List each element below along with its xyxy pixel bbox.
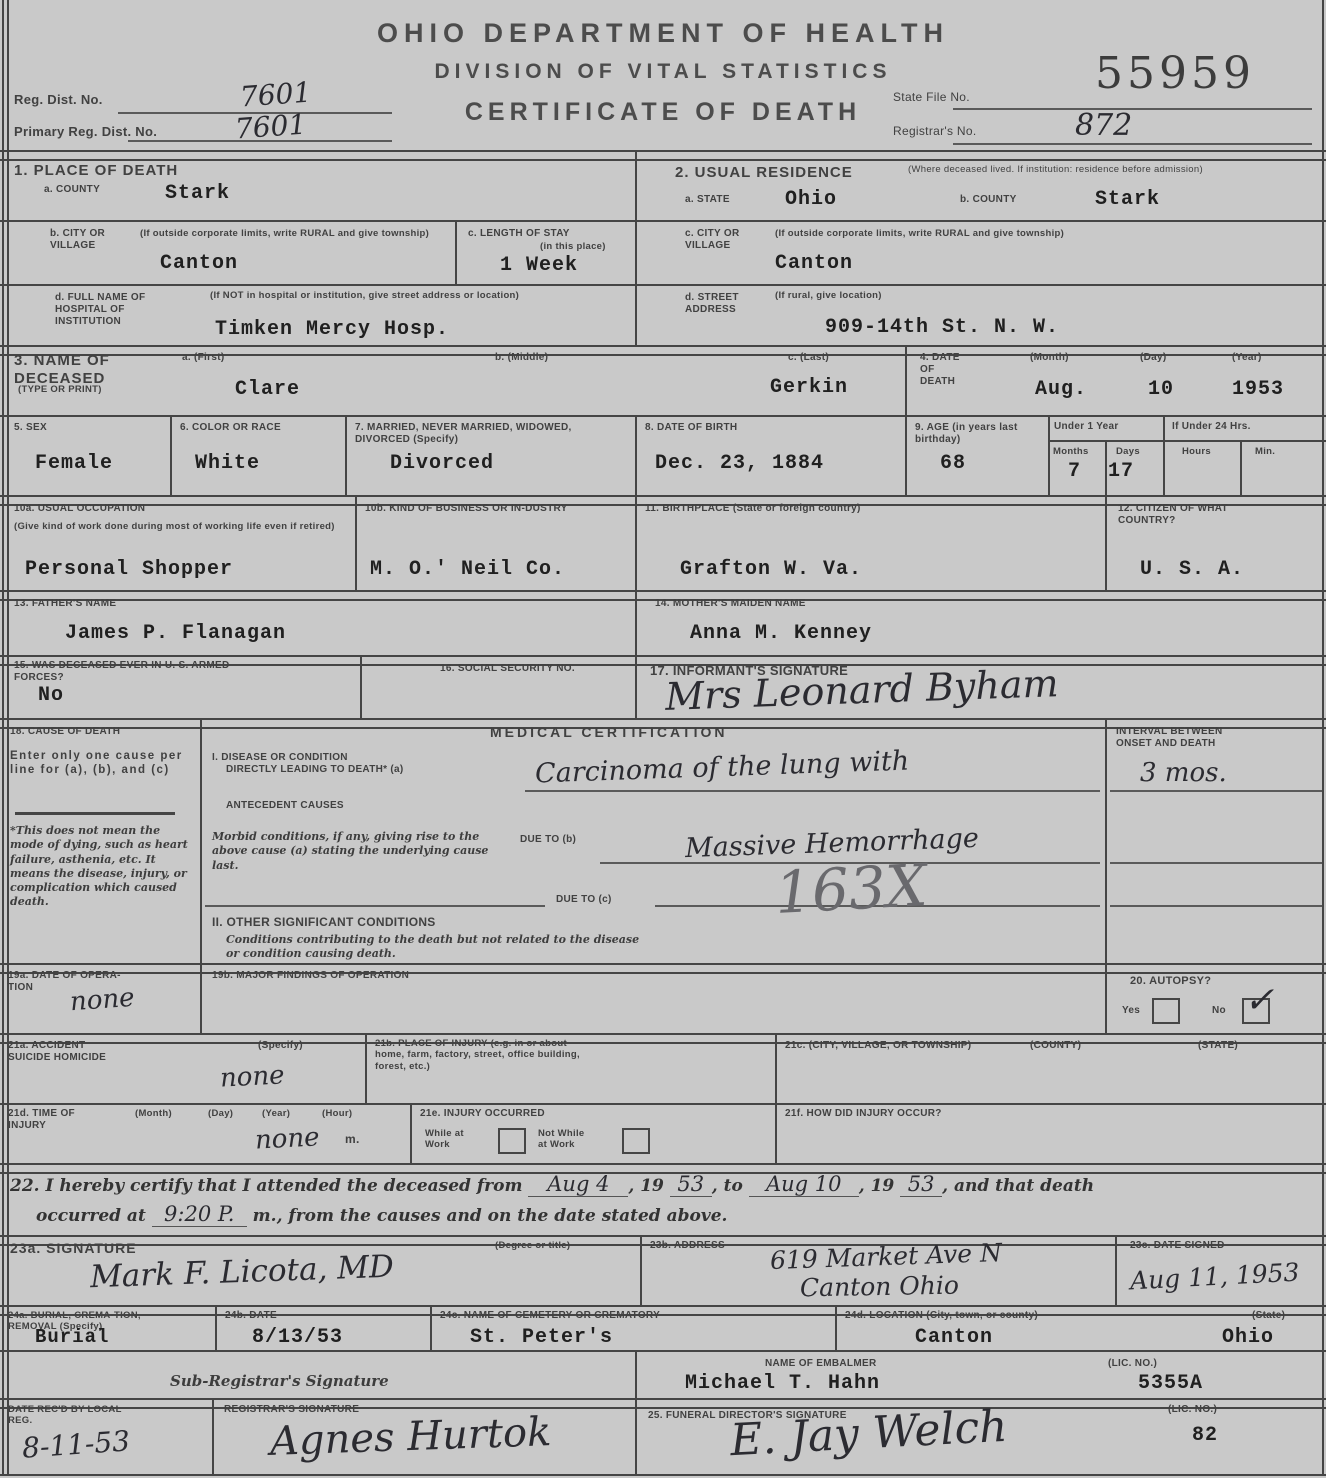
morbid-note: Morbid conditions, if any, giving rise t… — [212, 830, 502, 873]
rule-line — [0, 1103, 1326, 1105]
disease-value: Carcinoma of the lung with — [535, 745, 910, 789]
rule-line — [430, 1305, 432, 1350]
address-label: 23b. ADDRESS — [650, 1240, 725, 1252]
hospital-note: (If NOT in hospital or institution, give… — [210, 290, 630, 301]
industry-value: M. O.' Neil Co. — [370, 558, 565, 581]
while-at-work-label: While at Work — [425, 1128, 475, 1151]
dod-label: 4. DATE OF DEATH — [920, 352, 972, 388]
rule-line — [1240, 440, 1242, 495]
embalmer-lic-label: (LIC. NO.) — [1108, 1358, 1157, 1370]
rule-line — [1110, 790, 1322, 792]
decorative-rule — [15, 812, 175, 815]
rule-line — [0, 150, 1326, 161]
place-of-death-title: 1. PLACE OF DEATH — [14, 162, 178, 180]
other-conditions-note: Conditions contributing to the death but… — [226, 933, 656, 962]
registrar-signature-value: Agnes Hurtok — [269, 1409, 552, 1465]
residence-county-label: b. COUNTY — [960, 194, 1017, 206]
dod-day-value: 10 — [1148, 378, 1174, 401]
hospital-label: d. FULL NAME OF HOSPITAL OF INSTITUTION — [55, 292, 185, 328]
certify-fill-to: Aug 10 — [749, 1172, 859, 1197]
marital-label: 7. MARRIED, NEVER MARRIED, WIDOWED, DIVO… — [355, 422, 620, 446]
accident-value: none — [219, 1060, 285, 1093]
residence-county-value: Stark — [1095, 188, 1160, 211]
industry-label: 10b. KIND OF BUSINESS OR IN-DUSTRY — [365, 503, 615, 515]
rule-line — [635, 495, 637, 590]
rule-line — [905, 415, 907, 495]
certify-text-2: , 19 — [628, 1176, 664, 1196]
other-conditions-label: II. OTHER SIGNIFICANT CONDITIONS — [212, 915, 436, 929]
occupation-value: Personal Shopper — [25, 558, 233, 581]
state-file-label: State File No. — [893, 90, 970, 104]
hours-label: Hours — [1182, 446, 1211, 457]
certify-fill-time: 9:20 P. — [152, 1202, 247, 1227]
race-label: 6. COLOR OR RACE — [180, 422, 281, 434]
embalmer-lic-value: 5355A — [1138, 1372, 1203, 1395]
registrar-signature-label: REGISTRAR'S SIGNATURE — [224, 1404, 359, 1416]
antecedent-label: ANTECEDENT CAUSES — [226, 800, 344, 812]
deceased-name-note: (TYPE OR PRINT) — [18, 384, 102, 395]
certify-text-1: 22. I hereby certify that I attended the… — [10, 1176, 522, 1196]
rule-line — [0, 284, 1326, 286]
burial-city-value: Canton — [915, 1326, 993, 1349]
embalmer-name: Michael T. Hahn — [685, 1372, 880, 1395]
interval-value: 3 mos. — [1140, 758, 1227, 788]
autopsy-yes-label: Yes — [1122, 1005, 1140, 1017]
stay-note: (in this place) — [540, 241, 606, 252]
birthplace-label: 11. BIRTHPLACE (State or foreign country… — [645, 503, 861, 515]
funeral-lic-value: 82 — [1192, 1424, 1218, 1447]
rule-line — [1163, 415, 1165, 495]
rule-line — [635, 655, 637, 718]
rule-line — [640, 1235, 642, 1305]
street-note: (If rural, give location) — [775, 290, 882, 301]
while-at-work-checkbox — [498, 1128, 526, 1154]
rule-line — [0, 1033, 1326, 1044]
rule-line — [215, 1305, 217, 1350]
time-of-injury-label: 21d. TIME OF INJURY — [8, 1108, 78, 1132]
burial-type-value: Burial — [35, 1326, 109, 1348]
stay-label: c. LENGTH OF STAY — [468, 228, 618, 240]
age-label: 9. AGE (in years last birthday) — [915, 422, 1035, 446]
rule-line — [525, 790, 1100, 792]
burial-state-value: Ohio — [1222, 1326, 1274, 1349]
rule-line — [7, 0, 9, 1476]
citizen-value: U. S. A. — [1140, 558, 1244, 581]
rule-line — [200, 718, 202, 963]
rule-line — [0, 1398, 1326, 1409]
operation-date-value: none — [69, 983, 135, 1017]
page-title: OHIO DEPARTMENT OF HEALTH — [0, 18, 1326, 49]
rule-line — [360, 655, 362, 718]
cemetery-value: St. Peter's — [470, 1326, 613, 1349]
injury-occurred-label: 21e. INJURY OCCURRED — [420, 1108, 545, 1120]
mother-value: Anna M. Kenney — [690, 622, 872, 645]
date-recd-value: 8-11-53 — [21, 1424, 131, 1464]
deceased-name-label: 3. NAME OF DECEASED — [14, 352, 134, 388]
injury-city-label: 21c. (CITY, VILLAGE, OR TOWNSHIP) — [785, 1040, 971, 1052]
dob-value: Dec. 23, 1884 — [655, 452, 824, 475]
rule-line — [0, 963, 1326, 974]
cause-code-pencil: 163X — [773, 851, 928, 927]
specify-label: (Specify) — [258, 1040, 303, 1052]
mother-label: 14. MOTHER'S MAIDEN NAME — [655, 598, 806, 610]
middle-name-label: b. (Middle) — [495, 352, 548, 364]
rule-line — [365, 1033, 367, 1103]
disease-label-1: I. DISEASE OR CONDITION — [212, 752, 348, 764]
cause-of-death-header: 18. CAUSE OF DEATH — [10, 726, 120, 738]
under1-label: Under 1 Year — [1054, 421, 1119, 433]
autopsy-no-checkmark: ✓ — [1244, 980, 1274, 1021]
rule-line — [0, 1474, 1326, 1476]
due-to-b-label: DUE TO (b) — [520, 834, 576, 846]
not-while-at-work-label: Not While at Work — [538, 1128, 596, 1151]
rule-line — [355, 495, 357, 590]
rule-line — [345, 415, 347, 495]
dod-month-value: Aug. — [1035, 378, 1087, 401]
sex-label: 5. SEX — [14, 422, 47, 434]
county-value: Stark — [165, 182, 230, 205]
dod-year-value: 1953 — [1232, 378, 1284, 401]
due-to-c-label: DUE TO (c) — [556, 894, 612, 906]
rule-line — [635, 1398, 637, 1474]
min-label: Min. — [1255, 446, 1275, 457]
physician-signature-label: 23a. SIGNATURE — [10, 1240, 137, 1257]
street-value: 909-14th St. N. W. — [825, 316, 1059, 339]
place-of-injury-label: 21b. PLACE OF INJURY (e.g. in or about h… — [375, 1038, 585, 1072]
burial-date-value: 8/13/53 — [252, 1326, 343, 1349]
first-name-value: Clare — [235, 378, 300, 401]
residence-state-value: Ohio — [785, 188, 837, 211]
rule-line — [1110, 905, 1322, 907]
citizen-label: 12. CITIZEN OF WHAT COUNTRY? — [1118, 503, 1268, 527]
certify-line-1: 22. I hereby certify that I attended the… — [10, 1172, 1094, 1197]
registrar-no-value: 872 — [1075, 108, 1132, 143]
father-value: James P. Flanagan — [65, 622, 286, 645]
date-recd-label: DATE REC'D BY LOCAL REG. — [8, 1404, 138, 1427]
rule-line — [905, 345, 907, 415]
certify-fill-year1: 53 — [670, 1172, 712, 1197]
rule-line — [200, 963, 202, 1033]
city-value: Canton — [160, 252, 238, 275]
certify-text-7: m., from the causes and on the date stat… — [253, 1206, 728, 1226]
dod-month-label: (Month) — [1030, 352, 1069, 364]
days-label: Days — [1116, 446, 1140, 457]
ssn-label: 16. SOCIAL SECURITY NO. — [440, 663, 575, 675]
certify-text-3: , to — [712, 1176, 743, 1196]
rule-line — [635, 415, 637, 495]
rule-line — [1105, 963, 1107, 1033]
months-value: 7 — [1068, 460, 1081, 483]
rule-line — [1105, 718, 1107, 963]
residence-state-label: a. STATE — [685, 194, 730, 206]
rule-line — [835, 1305, 837, 1350]
time-of-injury-value: none — [254, 1122, 320, 1155]
certify-fill-year2: 53 — [900, 1172, 942, 1197]
burial-state-label: (State) — [1252, 1310, 1285, 1322]
street-label: d. STREET ADDRESS — [685, 292, 757, 316]
rule-line — [410, 1103, 412, 1163]
autopsy-yes-checkbox — [1152, 998, 1180, 1024]
residence-title: 2. USUAL RESIDENCE — [675, 164, 853, 182]
last-name-value: Gerkin — [770, 376, 848, 399]
race-value: White — [195, 452, 260, 475]
rule-line — [1110, 862, 1322, 864]
rule-line — [0, 1305, 1326, 1316]
rule-line — [635, 590, 637, 655]
city-note: (If outside corporate limits, write RURA… — [140, 228, 440, 239]
dod-year-label: (Year) — [1232, 352, 1262, 364]
dod-day-label: (Day) — [1140, 352, 1167, 364]
certify-text-4: , 19 — [859, 1176, 895, 1196]
rule-line — [205, 905, 545, 907]
cemetery-label: 24c. NAME OF CEMETERY OR CREMATORY — [440, 1310, 660, 1322]
dob-label: 8. DATE OF BIRTH — [645, 422, 737, 434]
burial-date-label: 24b. DATE — [225, 1310, 277, 1322]
rule-line — [170, 415, 172, 495]
disease-label-2: DIRECTLY LEADING TO DEATH* (a) — [226, 764, 404, 776]
operation-findings-label: 19b. MAJOR FINDINGS OF OPERATION — [212, 970, 409, 982]
interval-label: INTERVAL BETWEEN ONSET AND DEATH — [1116, 726, 1256, 750]
county-label: a. COUNTY — [44, 184, 100, 196]
rule-line — [0, 220, 1326, 222]
last-name-label: c. (Last) — [788, 352, 829, 364]
injury-county-label: (COUNTY) — [1030, 1040, 1081, 1052]
death-certificate-document: Reg. Dist. No. 7601 Primary Reg. Dist. N… — [0, 0, 1326, 1478]
state-file-number: 55959 — [1095, 48, 1255, 99]
rule-line — [1048, 415, 1050, 495]
cause-note-1: Enter only one cause per line for (a), (… — [10, 750, 185, 778]
certify-text-6: occurred at — [36, 1206, 146, 1226]
days-value: 17 — [1108, 460, 1134, 483]
primary-reg-value: 7601 — [234, 108, 307, 146]
injury-state-label: (STATE) — [1198, 1040, 1238, 1052]
cause-note-2: *This does not mean the mode of dying, s… — [10, 824, 190, 910]
hospital-value: Timken Mercy Hosp. — [215, 318, 449, 341]
rule-line — [953, 143, 1312, 145]
city-label: b. CITY OR VILLAGE — [50, 228, 114, 252]
rule-line — [212, 1398, 214, 1474]
sub-registrar-label: Sub-Registrar's Signature — [170, 1372, 389, 1392]
months-label: Months — [1053, 446, 1089, 457]
address-line-2: Canton Ohio — [800, 1271, 959, 1303]
injury-hour-label: (Hour) — [322, 1108, 352, 1119]
occupation-note: (Give kind of work done during most of w… — [14, 521, 344, 532]
rule-line — [1048, 440, 1326, 442]
autopsy-no-label: No — [1212, 1005, 1226, 1017]
not-while-at-work-checkbox — [622, 1128, 650, 1154]
rule-line — [775, 1103, 777, 1163]
injury-m-suffix: m. — [345, 1132, 360, 1146]
autopsy-label: 20. AUTOPSY? — [1130, 975, 1211, 988]
date-signed-value: Aug 11, 1953 — [1129, 1258, 1300, 1296]
residence-note: (Where deceased lived. If institution: r… — [908, 164, 1308, 175]
rule-line — [455, 220, 457, 284]
injury-day-label: (Day) — [208, 1108, 233, 1119]
accident-label: 21a. ACCIDENT SUICIDE HOMICIDE — [8, 1040, 113, 1064]
rule-line — [775, 1033, 777, 1103]
father-label: 13. FATHER'S NAME — [14, 598, 116, 610]
under24-label: If Under 24 Hrs. — [1172, 421, 1251, 433]
sex-value: Female — [35, 452, 113, 475]
burial-location-label: 24d. LOCATION (City, town, or county) — [845, 1310, 1038, 1322]
marital-value: Divorced — [390, 452, 494, 475]
rule-line — [2, 0, 4, 1476]
residence-city-value: Canton — [775, 252, 853, 275]
certify-fill-from: Aug 4 — [528, 1172, 628, 1197]
embalmer-label: NAME OF EMBALMER — [765, 1358, 876, 1370]
residence-city-note: (If outside corporate limits, write RURA… — [775, 228, 1275, 239]
rule-line — [1105, 440, 1107, 495]
funeral-lic-label: (LIC. NO.) — [1168, 1404, 1217, 1416]
rule-line — [1105, 495, 1107, 590]
occupation-label: 10a. USUAL OCCUPATION — [14, 503, 145, 515]
birthplace-value: Grafton W. Va. — [680, 558, 862, 581]
certify-text-5: , and that death — [942, 1176, 1094, 1196]
medical-certification-title: MEDICAL CERTIFICATION — [490, 724, 727, 741]
first-name-label: a. (First) — [182, 352, 224, 364]
armed-forces-label: 15. WAS DECEASED EVER IN U. S. ARMED FOR… — [14, 660, 244, 684]
residence-city-label: c. CITY OR VILLAGE — [685, 228, 749, 252]
rule-line — [0, 1350, 1326, 1352]
rule-line — [1115, 1235, 1117, 1305]
certify-line-2: occurred at 9:20 P. m., from the causes … — [36, 1202, 727, 1227]
degree-label: (Degree or title) — [495, 1240, 570, 1251]
armed-forces-value: No — [38, 684, 64, 707]
age-value: 68 — [940, 452, 966, 475]
injury-month-label: (Month) — [135, 1108, 172, 1119]
stay-value: 1 Week — [500, 254, 578, 277]
date-signed-label: 23c. DATE SIGNED — [1130, 1240, 1225, 1252]
rule-line — [1322, 0, 1324, 1476]
injury-year-label: (Year) — [262, 1108, 290, 1119]
rule-line — [635, 150, 637, 345]
rule-line — [0, 415, 1326, 417]
how-injury-label: 21f. HOW DID INJURY OCCUR? — [785, 1108, 942, 1120]
rule-line — [635, 1350, 637, 1398]
registrar-no-label: Registrar's No. — [893, 124, 976, 138]
